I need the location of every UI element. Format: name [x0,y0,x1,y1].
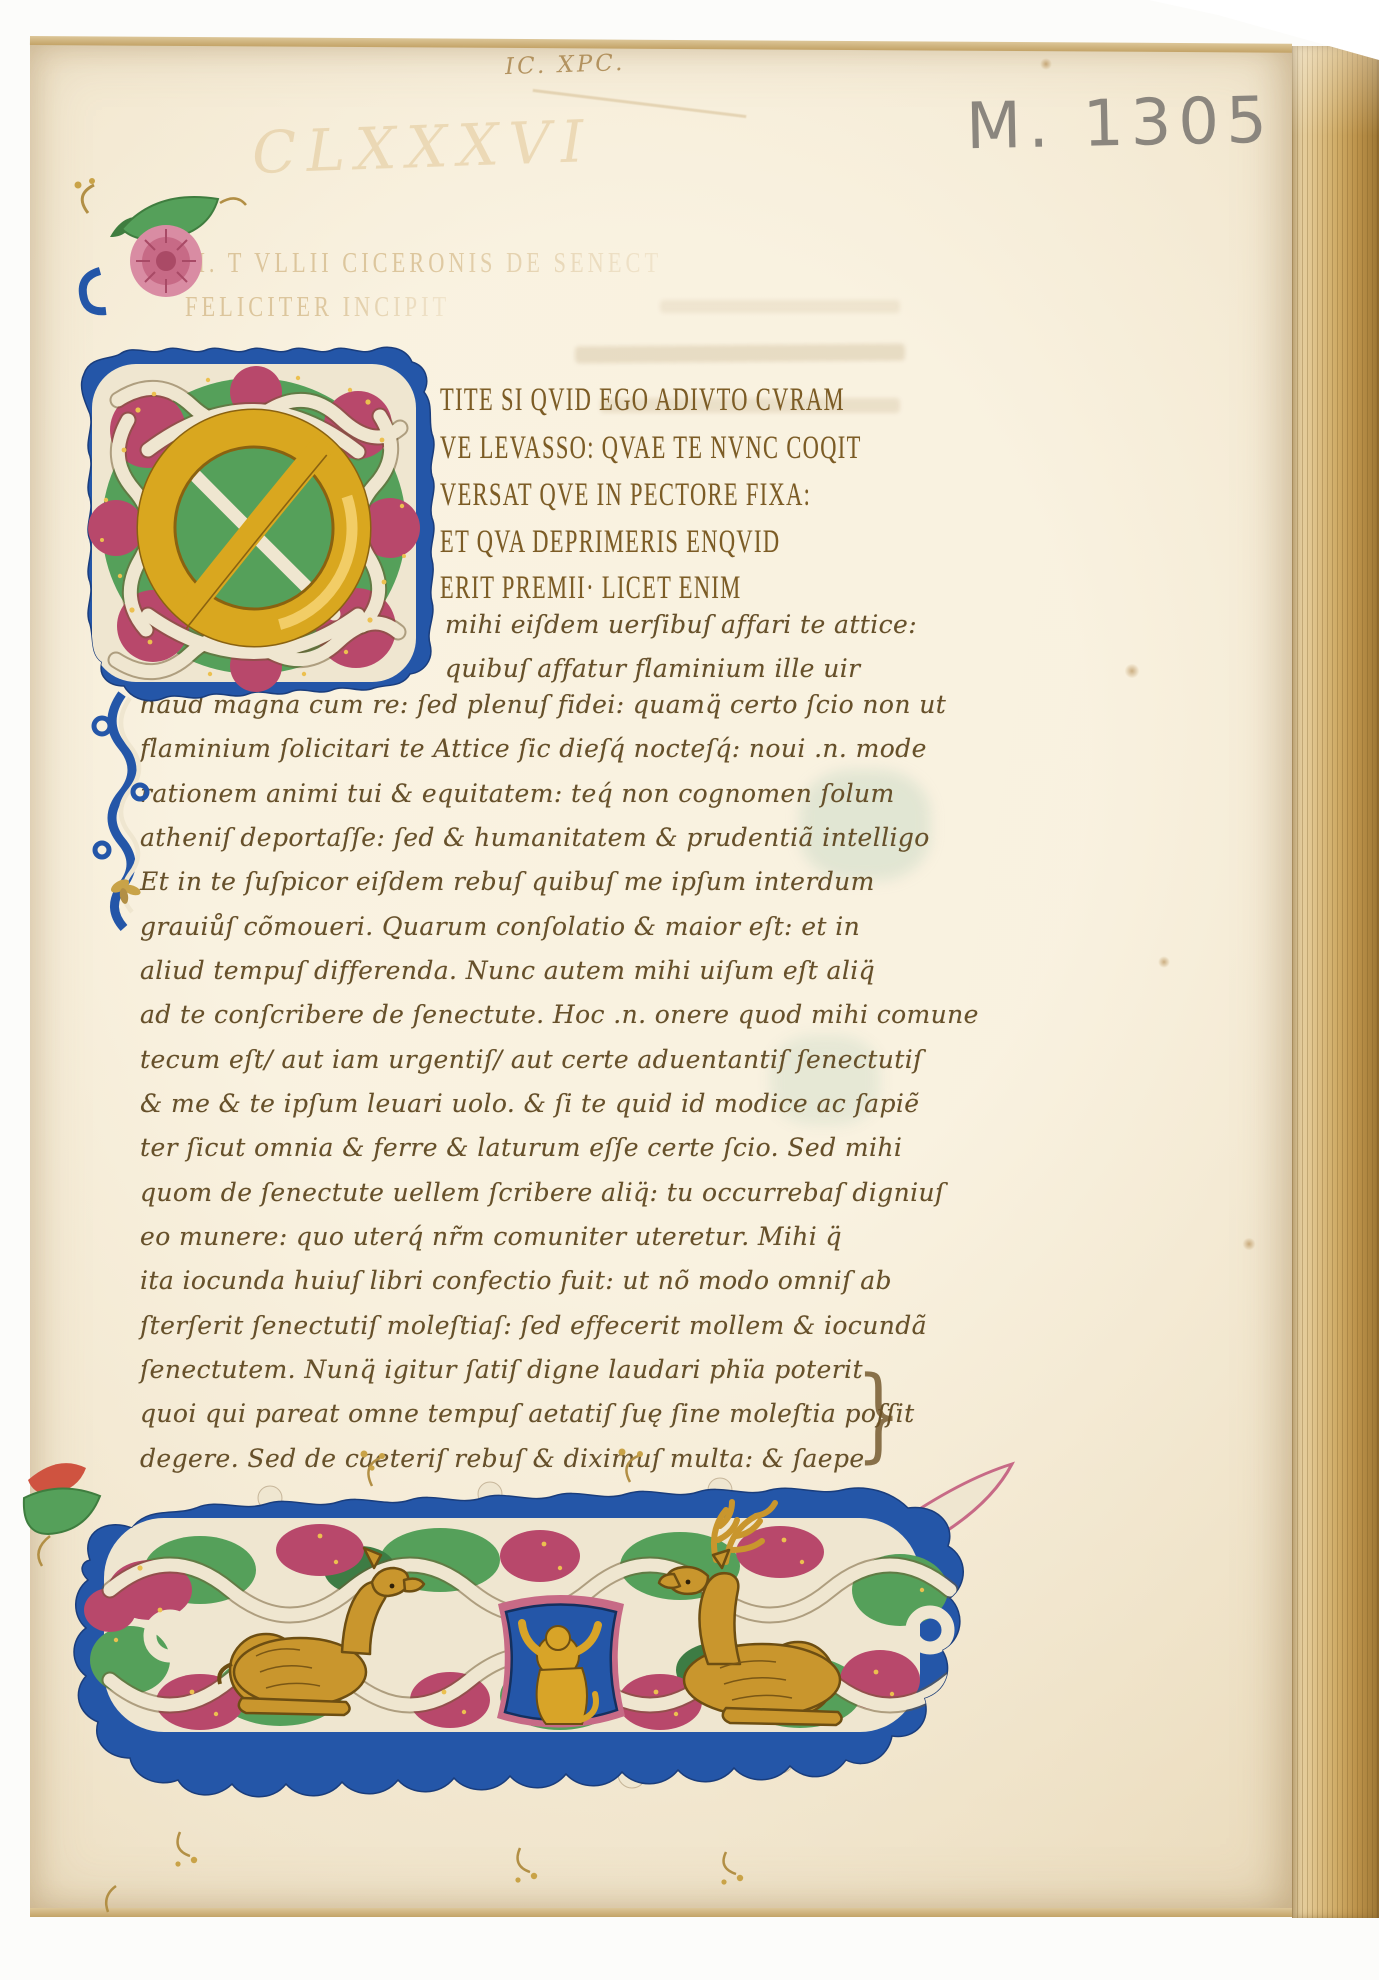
flower-ornament [70,175,270,307]
capital-line: ERIT PREMII· LICET ENIM [440,572,742,605]
lion-shield [497,1595,625,1728]
text-line: ter ſicut omnia & ferre & laturum eſſe c… [140,1135,902,1160]
manuscript-photo: IC. XPC. CLXXXVI M. 1305 M. T VLLII CICE… [0,0,1379,1980]
foxing-spot [1124,664,1140,678]
green-leaf-icon [24,1488,100,1534]
text-line: eo munere: quo uterq́ nr̃m comuniter ute… [140,1224,842,1249]
bottom-border-illumination [20,1440,1030,1900]
page-bottom-edge [30,1908,1292,1917]
text-line: quom de ſenectute uellem ſcribere aliq̈:… [140,1180,945,1205]
showthrough-line [575,344,905,364]
capital-line: VE LEVASSO: QVAE TE NVNC COQIT [440,432,862,465]
text-line: ſenectutem. Nunq̈ igitur ſatiſ digne lau… [140,1357,863,1382]
book-fore-edge [1292,46,1379,1918]
gold-curl-icon [82,185,94,213]
text-line: ad te conſcribere de ſenectute. Hoc .n. … [140,1002,979,1027]
marginal-vine [94,694,147,928]
foxing-spot [1158,956,1170,968]
christogram-inscription: IC. XPC. [505,52,626,79]
faded-folio-number: CLXXXVI [251,112,594,182]
foxing-spot [1242,1238,1256,1250]
blue-stem-icon [83,271,106,311]
capital-line: VERSAT QVE IN PECTORE FIXA: [440,479,811,512]
illuminated-initial-panel [58,330,448,900]
pencil-shelfmark: M. 1305 [965,89,1274,159]
text-line: mihi eiſdem uerſibuſ affari te attice: [445,612,917,637]
foxing-spot [1040,58,1052,70]
text-line: tecum eſt/ aut iam urgentiſ/ aut certe a… [140,1047,923,1072]
text-line: aliud tempuſ differenda. Nunc autem mihi… [140,958,875,983]
capital-line: ET QVA DEPRIMERIS ENQVID [440,526,780,559]
text-line: quoi qui pareat omne tempuſ aetatiſ ſuę … [140,1401,915,1426]
text-line: grauiůſ cõmoueri. Quarum conſolatio & m… [140,914,860,939]
text-line: ſterſerit ſenectutiſ moleſtiaſ: ſed effe… [140,1313,927,1338]
text-line: & me & te ipſum leuari uolo. & ſi te qui… [140,1091,919,1116]
showthrough-line [660,300,900,313]
capital-line: TITE SI QVID EGO ADIVTO CVRAM [440,384,845,417]
text-line: quibuſ affatur flaminium ille uir [445,656,860,681]
text-line: ita iocunda huiuſ libri confectio fuit: … [140,1268,892,1293]
